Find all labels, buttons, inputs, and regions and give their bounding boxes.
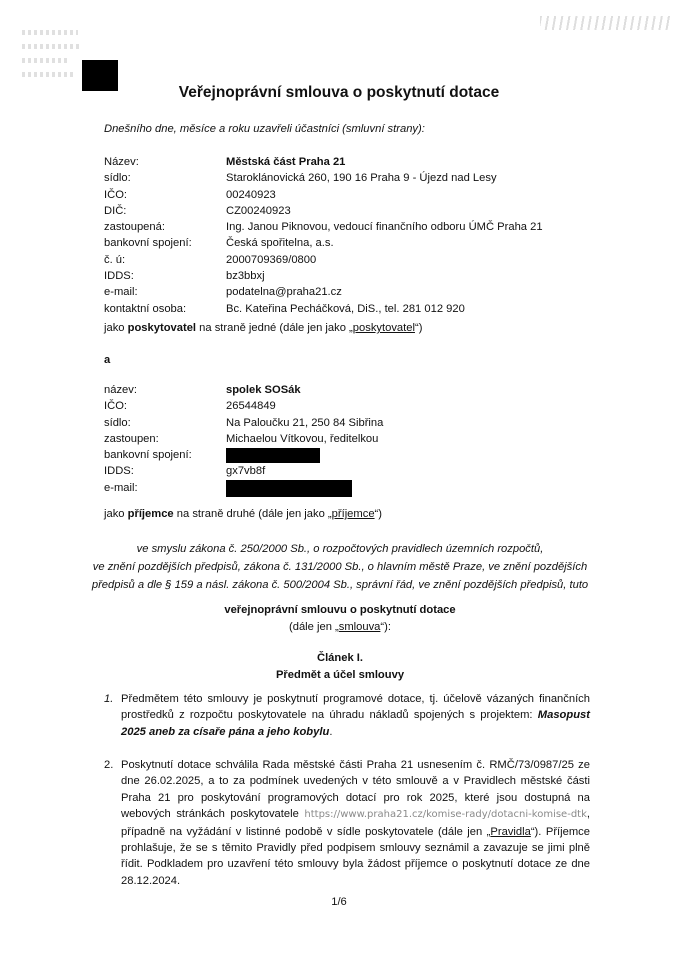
provider-row-represented: zastoupená:Ing. Janou Piknovou, vedoucí …	[104, 219, 604, 235]
field-value: CZ00240923	[226, 203, 604, 219]
provider-row-email: e-mail:podatelna@praha21.cz	[104, 284, 604, 300]
recipient-row-email: e-mail:	[104, 480, 604, 496]
clause-1: 1. Předmětem této smlouvy je poskytnutí …	[104, 691, 590, 740]
text: “)	[375, 508, 382, 520]
recipient-role-statement: jako příjemce na straně druhé (dále jen …	[104, 506, 584, 522]
field-value: gx7vb8f	[226, 463, 604, 479]
field-value: spolek SOSák	[226, 382, 604, 398]
field-value: bz3bbxj	[226, 268, 604, 284]
field-label: sídlo:	[104, 170, 226, 186]
text: “)	[415, 322, 422, 334]
field-value: Michaelou Vítkovou, ředitelkou	[226, 431, 604, 447]
text-bold: příjemce	[128, 508, 174, 520]
legal-basis-line: ve znění pozdějších předpisů, zákona č. …	[90, 558, 590, 576]
faint-signature	[540, 16, 672, 30]
recipient-details: název:spolek SOSák IČO:26544849 sídlo:Na…	[104, 382, 604, 496]
clause-number: 1.	[104, 691, 121, 740]
contract-name-title: veřejnoprávní smlouvu o poskytnutí dotac…	[90, 602, 590, 619]
text: jako	[104, 508, 128, 520]
text-underlined: příjemce	[332, 508, 375, 520]
provider-row-bank: bankovní spojení:Česká spořitelna, a.s.	[104, 235, 604, 251]
field-label: IČO:	[104, 398, 226, 414]
provider-details: Název:Městská část Praha 21 sídlo:Starok…	[104, 154, 604, 317]
field-value: 26544849	[226, 398, 604, 414]
field-label: Název:	[104, 154, 226, 170]
redaction-block	[226, 480, 352, 497]
field-label: IDDS:	[104, 268, 226, 284]
text: na straně jedné (dále jen jako „	[196, 322, 353, 334]
provider-row-contact: kontaktní osoba:Bc. Kateřina Pecháčková,…	[104, 301, 604, 317]
contract-name-abbrev: (dále jen „smlouva“):	[90, 619, 590, 636]
field-label: název:	[104, 382, 226, 398]
provider-row-ico: IČO:00240923	[104, 187, 604, 203]
field-value: 2000709369/0800	[226, 252, 604, 268]
field-label: č. ú:	[104, 252, 226, 268]
article-heading: Článek I. Předmět a účel smlouvy	[90, 650, 590, 683]
field-label: e-mail:	[104, 284, 226, 300]
provider-row-dic: DIČ:CZ00240923	[104, 203, 604, 219]
text-underlined: Pravidla	[490, 826, 530, 838]
document-title: Veřejnoprávní smlouva o poskytnutí dotac…	[0, 84, 678, 102]
provider-row-idds: IDDS:bz3bbxj	[104, 268, 604, 284]
field-label: kontaktní osoba:	[104, 301, 226, 317]
recipient-row-idds: IDDS:gx7vb8f	[104, 463, 604, 479]
legal-basis-line: ve smyslu zákona č. 250/2000 Sb., o rozp…	[90, 540, 590, 558]
recipient-row-name: název:spolek SOSák	[104, 382, 604, 398]
field-value: Na Paloučku 21, 250 84 Sibřina	[226, 415, 604, 431]
text-underlined: smlouva	[339, 621, 381, 633]
field-value: Městská část Praha 21	[226, 154, 604, 170]
field-value: Staroklánovická 260, 190 16 Praha 9 - Új…	[226, 170, 604, 186]
clause-text: Předmětem této smlouvy je poskytnutí pro…	[121, 691, 590, 740]
field-label: e-mail:	[104, 480, 226, 496]
recipient-row-represented: zastoupen:Michaelou Vítkovou, ředitelkou	[104, 431, 604, 447]
intro-text: Dnešního dne, měsíce a roku uzavřeli úča…	[104, 123, 425, 135]
text: na straně druhé (dále jen jako „	[174, 508, 332, 520]
redaction-block	[226, 448, 320, 463]
article-number: Článek I.	[90, 650, 590, 667]
text: jako	[104, 322, 128, 334]
page-number: 1/6	[0, 896, 678, 908]
text-bold: poskytovatel	[128, 322, 196, 334]
field-label: sídlo:	[104, 415, 226, 431]
legal-basis-line: předpisů a dle § 159 a násl. zákona č. 5…	[90, 576, 590, 594]
field-label: IČO:	[104, 187, 226, 203]
field-label: DIČ:	[104, 203, 226, 219]
provider-row-name: Název:Městská část Praha 21	[104, 154, 604, 170]
contract-name: veřejnoprávní smlouvu o poskytnutí dotac…	[90, 602, 590, 635]
rules-link[interactable]: https://www.praha21.cz/komise-rady/dotac…	[304, 809, 586, 820]
clause-2: 2. Poskytnutí dotace schválila Rada měst…	[104, 757, 590, 889]
field-value: podatelna@praha21.cz	[226, 284, 604, 300]
text-underlined: poskytovatel	[353, 322, 415, 334]
clause-text: Poskytnutí dotace schválila Rada městské…	[121, 757, 590, 889]
recipient-row-seat: sídlo:Na Paloučku 21, 250 84 Sibřina	[104, 415, 604, 431]
text: “):	[380, 621, 391, 633]
legal-basis: ve smyslu zákona č. 250/2000 Sb., o rozp…	[90, 540, 590, 594]
clause-number: 2.	[104, 757, 121, 889]
provider-role-statement: jako poskytovatel na straně jedné (dále …	[104, 320, 584, 336]
text: (dále jen „	[289, 621, 339, 633]
field-label: bankovní spojení:	[104, 235, 226, 251]
provider-row-account: č. ú:2000709369/0800	[104, 252, 604, 268]
field-value: 00240923	[226, 187, 604, 203]
recipient-row-bank: bankovní spojení:	[104, 447, 604, 463]
text: .	[329, 726, 332, 738]
field-label: zastoupen:	[104, 431, 226, 447]
field-value: Bc. Kateřina Pecháčková, DiS., tel. 281 …	[226, 301, 604, 317]
conjunction: a	[104, 352, 584, 368]
field-value: Česká spořitelna, a.s.	[226, 235, 604, 251]
recipient-row-ico: IČO:26544849	[104, 398, 604, 414]
field-label: bankovní spojení:	[104, 447, 226, 463]
text: Předmětem této smlouvy je poskytnutí pro…	[121, 693, 590, 721]
field-value: Ing. Janou Piknovou, vedoucí finančního …	[226, 219, 604, 235]
field-label: IDDS:	[104, 463, 226, 479]
provider-row-seat: sídlo:Staroklánovická 260, 190 16 Praha …	[104, 170, 604, 186]
article-title: Předmět a účel smlouvy	[90, 667, 590, 684]
field-label: zastoupená:	[104, 219, 226, 235]
